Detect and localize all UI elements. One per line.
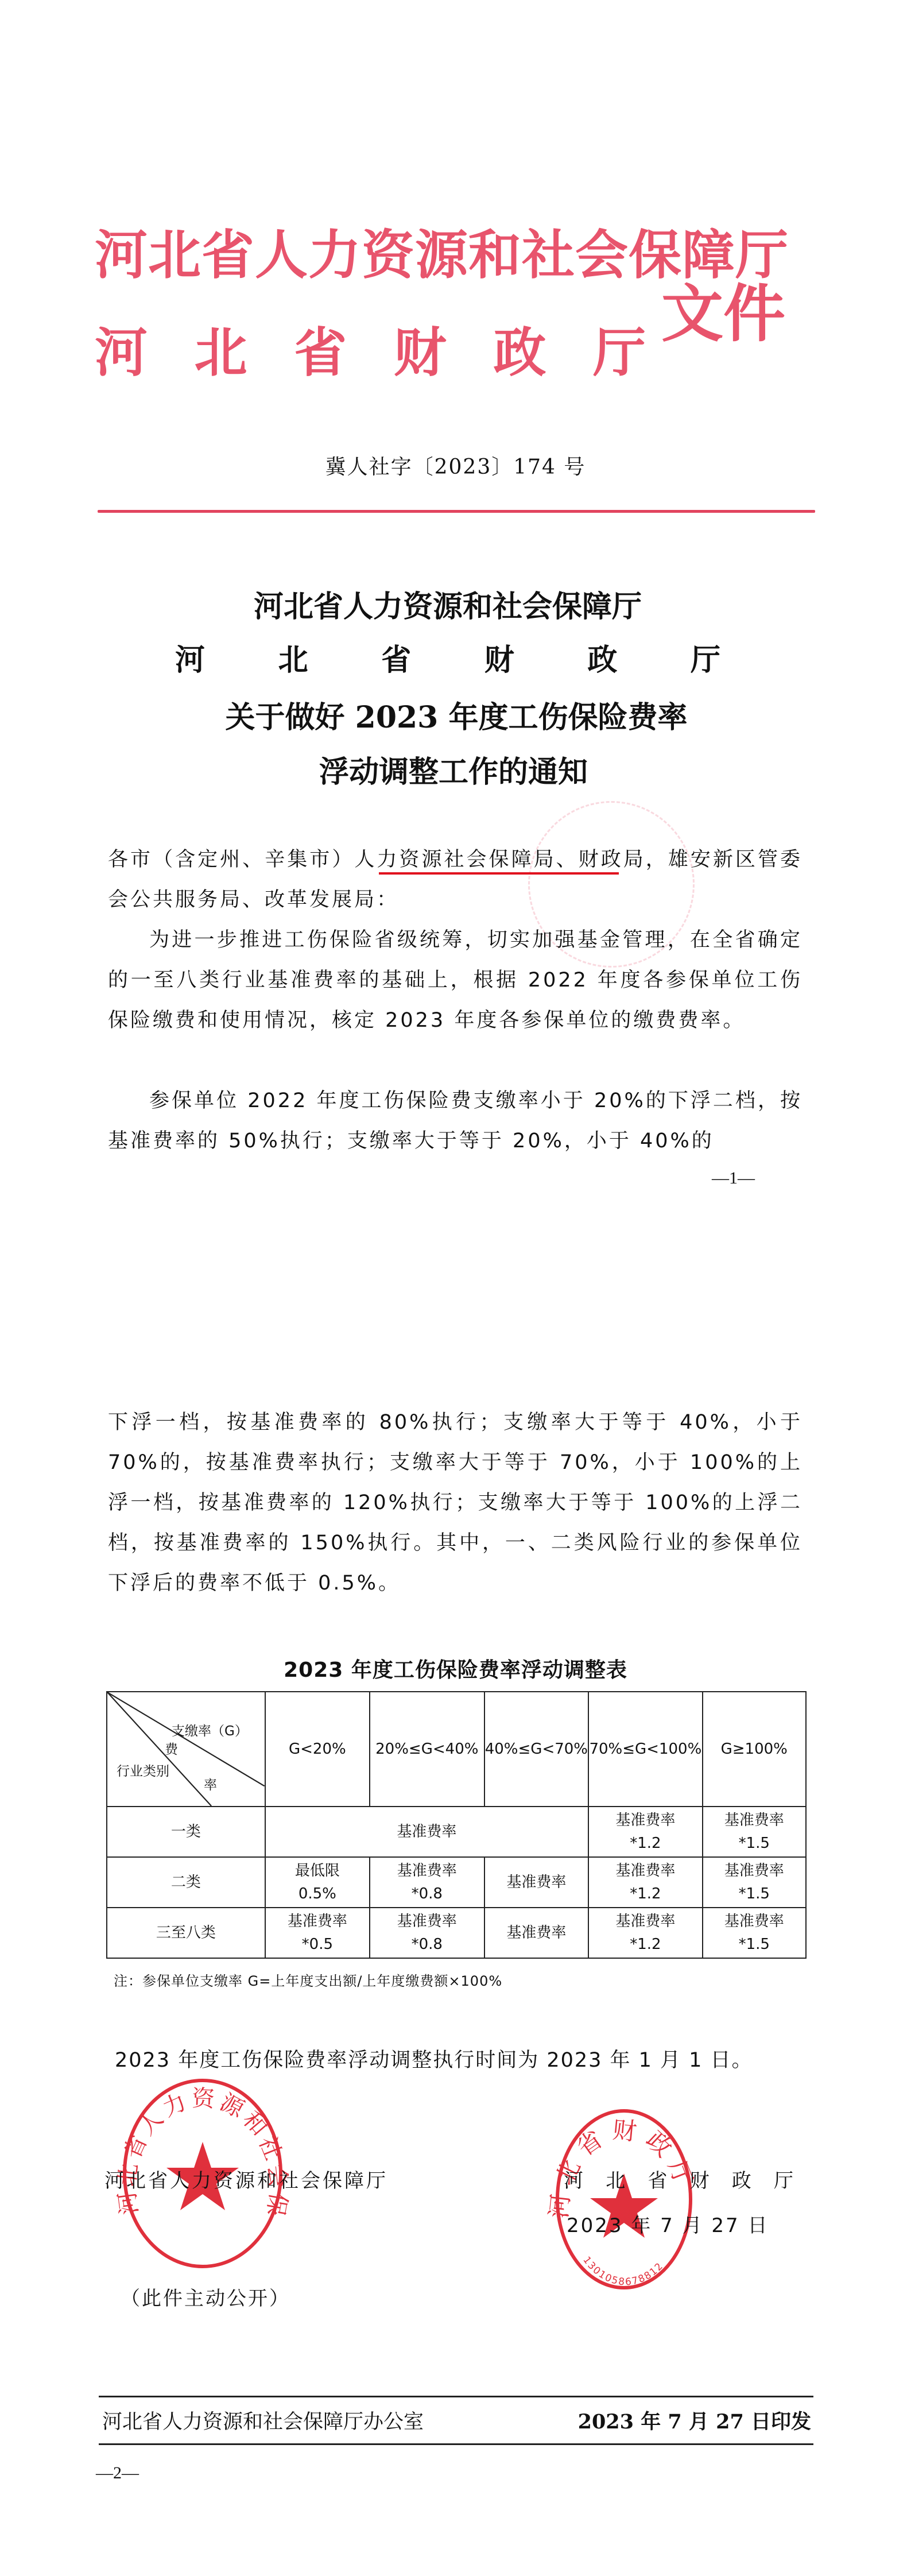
signatory-char: 河 bbox=[564, 2165, 583, 2193]
title-char: 财 bbox=[484, 642, 514, 679]
masthead-org-2-char: 省 bbox=[294, 322, 347, 385]
rate-cell-line: 基准费率 bbox=[703, 1859, 805, 1882]
masthead-org-2-char: 财 bbox=[394, 322, 447, 385]
rate-cell: 基准费率 *1.5 bbox=[703, 1908, 806, 1958]
issuing-office: 河北省人力资源和社会保障厅办公室 bbox=[102, 2406, 424, 2435]
masthead-org-2-char: 河 bbox=[95, 322, 148, 385]
rate-cell-line: *1.2 bbox=[589, 1882, 701, 1905]
masthead-suffix: 文件 bbox=[661, 280, 785, 349]
rate-cell-line: *1.5 bbox=[703, 1882, 805, 1905]
signatory-char: 北 bbox=[606, 2165, 625, 2193]
corner-label-rate: 支缴率（G） bbox=[172, 1720, 248, 1743]
title-char: 政 bbox=[587, 642, 617, 679]
corner-label-lv: 率 bbox=[204, 1774, 217, 1797]
table-footnote: 注：参保单位支缴率 G=上年度支出额/上年度缴费额×100% bbox=[114, 1970, 502, 1990]
table-header-row: 支缴率（G） 费 行业类别 率 G<20% 20%≤G<40% 40%≤G<70… bbox=[107, 1692, 806, 1807]
rate-cell-line: *0.5 bbox=[266, 1933, 369, 1956]
rate-cell-line: 基准费率 bbox=[589, 1910, 701, 1933]
rate-cell-line: 基准费率 bbox=[589, 1809, 701, 1832]
rate-cell-line: *0.8 bbox=[370, 1933, 483, 1956]
table-corner-cell: 支缴率（G） 费 行业类别 率 bbox=[107, 1692, 265, 1807]
footer-rule-top bbox=[99, 2396, 813, 2397]
signatory-finance: 河 北 省 财 政 厅 bbox=[564, 2165, 793, 2193]
issuance-date: 2023 年 7 月 27 日印发 bbox=[578, 2406, 811, 2435]
rate-cell-line: *0.8 bbox=[370, 1882, 483, 1905]
corner-label-industry: 行业类别 bbox=[117, 1760, 169, 1783]
rate-cell: 基准费率 bbox=[484, 1857, 589, 1908]
column-header: 20%≤G<40% bbox=[370, 1692, 484, 1807]
rate-cell-line: *1.5 bbox=[703, 1832, 805, 1855]
issuance-line: 河北省人力资源和社会保障厅办公室 2023 年 7 月 27 日印发 bbox=[102, 2406, 811, 2435]
body-paragraph-2-page1: 参保单位 2022 年度工伤保险费支缴率小于 20%的下浮二档，按基准费率的 5… bbox=[108, 1081, 803, 1161]
rate-cell-line: 基准费率 bbox=[370, 1859, 483, 1882]
seal-star-icon: 河北省财政厅 1301058678812 bbox=[554, 2107, 695, 2291]
rate-cell-line: 基准费率 bbox=[589, 1859, 701, 1882]
rate-cell-line: 最低限 bbox=[266, 1859, 369, 1882]
rate-cell: 基准费率 *0.8 bbox=[370, 1908, 484, 1958]
column-header: 40%≤G<70% bbox=[484, 1692, 589, 1807]
column-header: 70%≤G<100% bbox=[588, 1692, 702, 1807]
title-char: 河 bbox=[175, 642, 205, 679]
body-paragraph-1: 为进一步推进工伤保险省级统筹，切实加强基金管理，在全省确定的一至八类行业基准费率… bbox=[108, 920, 803, 1041]
title-line-3: 关于做好 2023 年度工伤保险费率 bbox=[166, 699, 746, 736]
rate-cell: 基准费率 *1.2 bbox=[588, 1857, 702, 1908]
execution-date-statement: 2023 年度工伤保险费率浮动调整执行时间为 2023 年 1 月 1 日。 bbox=[115, 2044, 809, 2073]
table-row: 二类 最低限 0.5% 基准费率 *0.8 基准费率 基准费率 *1.2 基准费… bbox=[107, 1857, 806, 1908]
merged-rate-cell: 基准费率 bbox=[265, 1807, 589, 1857]
signatory-hrss: 河北省人力资源和社会保障厅 bbox=[104, 2165, 388, 2193]
rate-cell-line: 基准费率 bbox=[703, 1809, 805, 1832]
page-number-2: —2— bbox=[96, 2463, 139, 2483]
signing-date: 2023 年 7 月 27 日 bbox=[567, 2210, 769, 2238]
masthead-org-2-char: 北 bbox=[195, 322, 247, 385]
rate-cell: 最低限 0.5% bbox=[265, 1857, 370, 1908]
table-row: 三至八类 基准费率 *0.5 基准费率 *0.8 基准费率 基准费率 *1.2 … bbox=[107, 1908, 806, 1958]
rate-cell: 基准费率 *1.2 bbox=[588, 1807, 702, 1857]
corner-label-fee: 费 bbox=[165, 1738, 178, 1761]
signatory-char: 省 bbox=[648, 2165, 667, 2193]
row-category: 二类 bbox=[107, 1857, 265, 1908]
document-number: 冀人社字〔2023〕174 号 bbox=[0, 451, 911, 480]
rate-cell: 基准费率 *1.2 bbox=[588, 1908, 702, 1958]
official-seal-finance: 河北省财政厅 1301058678812 bbox=[554, 2107, 695, 2291]
footer-rule-bottom bbox=[99, 2443, 813, 2445]
title-char: 省 bbox=[381, 642, 411, 679]
rate-cell-line: 基准费率 bbox=[703, 1910, 805, 1933]
red-underline-annotation bbox=[379, 872, 619, 875]
column-header: G<20% bbox=[265, 1692, 370, 1807]
signatory-char: 政 bbox=[732, 2165, 751, 2193]
title-char: 北 bbox=[278, 642, 308, 679]
red-separator-line bbox=[98, 510, 815, 513]
rate-adjustment-table: 支缴率（G） 费 行业类别 率 G<20% 20%≤G<40% 40%≤G<70… bbox=[106, 1691, 807, 1959]
column-header: G≥100% bbox=[703, 1692, 806, 1807]
masthead-org-2-char: 厅 bbox=[593, 322, 646, 385]
title-line-4: 浮动调整工作的通知 bbox=[218, 754, 689, 791]
masthead-org-2-char: 政 bbox=[493, 322, 546, 385]
row-category: 三至八类 bbox=[107, 1908, 265, 1958]
rate-cell-line: *1.2 bbox=[589, 1933, 701, 1956]
table-title: 2023 年度工伤保险费率浮动调整表 bbox=[0, 1654, 911, 1683]
salutation: 各市（含定州、辛集市）人力资源社会保障局、财政局，雄安新区管委会公共服务局、改革… bbox=[108, 840, 803, 920]
title-char: 厅 bbox=[691, 642, 720, 679]
rate-cell-line: 基准费率 bbox=[370, 1910, 483, 1933]
row-category: 一类 bbox=[107, 1807, 265, 1857]
rate-cell: 基准费率 *1.5 bbox=[703, 1807, 806, 1857]
rate-cell: 基准费率 *1.5 bbox=[703, 1857, 806, 1908]
rate-cell: 基准费率 *0.8 bbox=[370, 1857, 484, 1908]
masthead-org-2: 河 北 省 财 政 厅 bbox=[95, 322, 646, 385]
diagonal-lines-icon bbox=[107, 1692, 265, 1806]
signatory-char: 厅 bbox=[774, 2165, 793, 2193]
rate-cell: 基准费率 bbox=[484, 1908, 589, 1958]
signatory-char: 财 bbox=[690, 2165, 710, 2193]
rate-cell-line: *1.2 bbox=[589, 1832, 701, 1855]
table-row: 一类 基准费率 基准费率 *1.2 基准费率 *1.5 bbox=[107, 1807, 806, 1857]
masthead-org-1: 河北省人力资源和社会保障厅 bbox=[95, 224, 646, 287]
title-line-2: 河 北 省 财 政 厅 bbox=[175, 642, 720, 679]
title-line-1: 河北省人力资源和社会保障厅 bbox=[172, 589, 723, 625]
rate-cell-line: 基准费率 bbox=[266, 1910, 369, 1933]
rate-cell: 基准费率 *0.5 bbox=[265, 1908, 370, 1958]
body-paragraph-2-page2: 下浮一档，按基准费率的 80%执行；支缴率大于等于 40%，小于 70%的，按基… bbox=[108, 1402, 803, 1603]
page-number-1: —1— bbox=[712, 1169, 755, 1188]
disclosure-note: （此件主动公开） bbox=[121, 2283, 290, 2311]
svg-text:1301058678812: 1301058678812 bbox=[580, 2254, 666, 2288]
rate-cell-line: 0.5% bbox=[266, 1882, 369, 1905]
rate-cell-line: *1.5 bbox=[703, 1933, 805, 1956]
seal-code: 1301058678812 bbox=[580, 2254, 666, 2288]
